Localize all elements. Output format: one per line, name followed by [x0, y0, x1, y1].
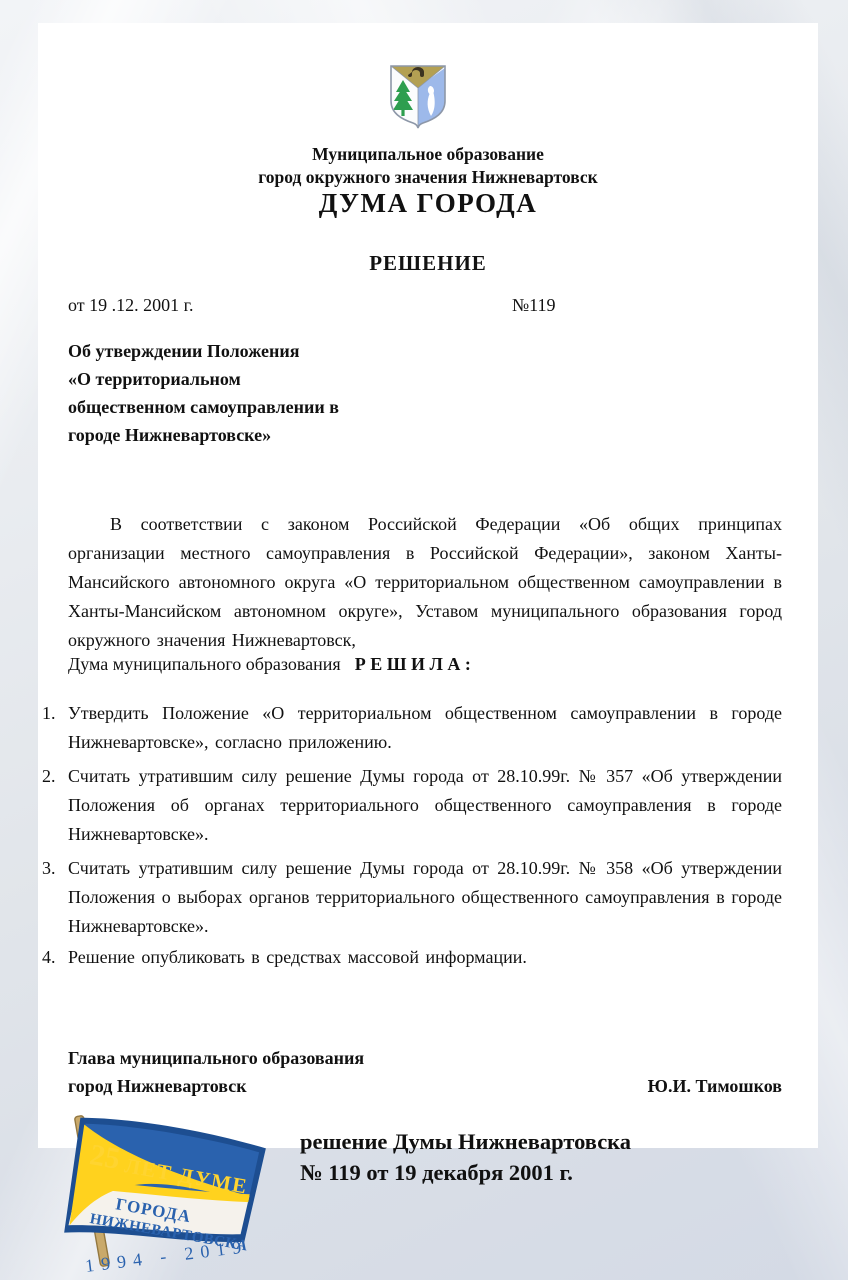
subject-line: городе Нижневартовске» — [68, 421, 428, 449]
org-line-1: Муниципальное образование — [38, 143, 818, 166]
item-text: Утвердить Положение «О территориальном о… — [68, 699, 782, 757]
signature-position-line: город Нижневартовск — [68, 1072, 648, 1100]
subject-line: Об утверждении Положения — [68, 337, 428, 365]
doc-number: №119 — [512, 295, 556, 316]
footer-caption: решение Думы Нижневартовска № 119 от 19 … — [300, 1126, 800, 1188]
item-number: 2. — [42, 762, 68, 849]
resolved-word: Р Е Ш И Л А : — [355, 654, 471, 674]
item-text: Считать утратившим силу решение Думы гор… — [68, 854, 782, 941]
signature-block: Глава муниципального образования город Н… — [68, 1044, 782, 1100]
subject-line: общественном самоуправлении в — [68, 393, 428, 421]
flag-years-text: 1994 - 2019 — [84, 1236, 249, 1276]
signature-position-line: Глава муниципального образования — [68, 1044, 648, 1072]
org-line-2: город окружного значения Нижневартовск — [38, 166, 818, 189]
org-title: ДУМА ГОРОДА — [38, 192, 818, 215]
item-text: Считать утратившим силу решение Думы гор… — [68, 762, 782, 849]
preamble-paragraph: В соответствии с законом Российской Феде… — [68, 510, 782, 655]
resolved-line: Дума муниципального образованияР Е Ш И Л… — [68, 654, 782, 675]
doc-type-title: РЕШЕНИЕ — [38, 251, 818, 276]
flag-years: 1994 - 2019 — [84, 1236, 249, 1276]
item-number: 1. — [42, 699, 68, 757]
resolved-prefix: Дума муниципального образования — [68, 654, 341, 674]
caption-line-1: решение Думы Нижневартовска — [300, 1126, 800, 1157]
coat-of-arms-icon — [387, 63, 449, 129]
signature-position: Глава муниципального образования город Н… — [68, 1044, 648, 1100]
list-item: 1. Утвердить Положение «О территориально… — [42, 699, 782, 757]
item-number: 4. — [42, 943, 68, 972]
item-number: 3. — [42, 854, 68, 941]
list-item: 3. Считать утратившим силу решение Думы … — [42, 854, 782, 941]
caption-line-2: № 119 от 19 декабря 2001 г. — [300, 1157, 800, 1188]
org-header: Муниципальное образование город окружног… — [38, 143, 818, 215]
doc-subject: Об утверждении Положения «О территориаль… — [68, 337, 428, 449]
signature-name: Ю.И. Тимошков — [648, 1072, 782, 1100]
flag-25-text: 25 — [87, 1138, 122, 1176]
date-number-row: от 19 .12. 2001 г. №119 — [68, 295, 782, 316]
list-item: 4. Решение опубликовать в средствах масс… — [42, 943, 782, 972]
item-text: Решение опубликовать в средствах массово… — [68, 943, 782, 972]
list-item: 2. Считать утратившим силу решение Думы … — [42, 762, 782, 849]
25-years-duma-flag-logo: 25 ЛЕТ ДУМЕ ГОРОДА НИЖНЕВАРТОВСКА 1994 -… — [56, 1112, 308, 1280]
screenshot-canvas: Муниципальное образование город окружног… — [0, 0, 848, 1280]
subject-line: «О территориальном — [68, 365, 428, 393]
document-sheet: Муниципальное образование город окружног… — [38, 23, 818, 1148]
doc-date: от 19 .12. 2001 г. — [68, 295, 193, 315]
